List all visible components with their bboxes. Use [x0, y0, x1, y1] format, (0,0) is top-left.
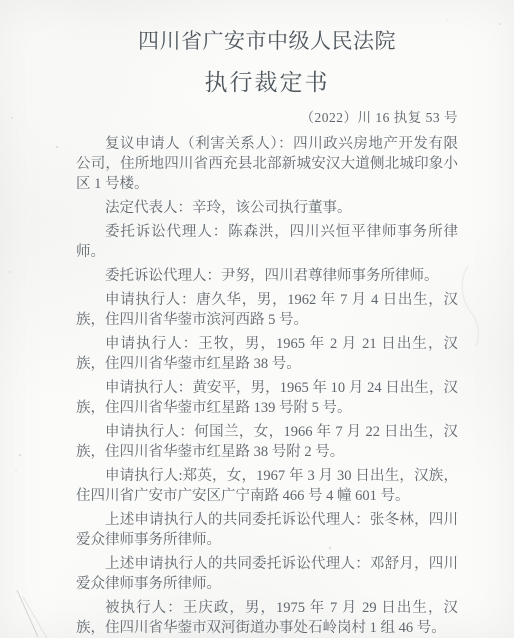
- paragraph-applicant-1: 申请执行人：唐久华，男，1962 年 7 月 4 日出生，汉族，住四川省华蓥市滨…: [76, 290, 458, 330]
- paragraph-respondent: 被执行人：王庆政，男，1975 年 7 月 29 日出生，汉族，住四川省华蓥市双…: [76, 598, 458, 638]
- paragraph-joint-agent-2: 上述申请执行人的共同委托诉讼代理人：邓舒月，四川爱众律师事务所律师。: [76, 554, 458, 594]
- paragraph-review-applicant: 复议申请人（利害关系人）：四川政兴房地产开发有限公司，住所地四川省西充县北部新城…: [76, 134, 458, 195]
- paragraph-applicant-2: 申请执行人：王牧，男，1965 年 2 月 21 日出生，汉族，住四川省华蓥市红…: [76, 334, 458, 374]
- court-name: 四川省广安市中级人民法院: [76, 28, 458, 55]
- scanned-document-page: 四川省广安市中级人民法院 执行裁定书 （2022）川 16 执复 53 号 复议…: [0, 0, 514, 638]
- document-content: 四川省广安市中级人民法院 执行裁定书 （2022）川 16 执复 53 号 复议…: [76, 28, 458, 638]
- paragraph-applicant-5: 申请执行人:郑英，女，1967 年 3 月 30 日出生，汉族，住四川省广安市广…: [76, 466, 458, 506]
- paragraph-applicant-3: 申请执行人：黄安平，男，1965 年 10 月 24 日出生，汉族，住四川省华蓥…: [76, 378, 458, 418]
- document-title: 执行裁定书: [76, 68, 458, 96]
- paragraph-legal-representative: 法定代表人：辛玲，该公司执行董事。: [76, 198, 458, 218]
- paragraph-applicant-4: 申请执行人：何国兰，女，1966 年 7 月 22 日出生，汉族，住四川省华蓥市…: [76, 422, 458, 462]
- paragraph-litigation-agent-2: 委托诉讼代理人：尹努，四川君尊律师事务所律师。: [76, 266, 458, 286]
- case-number: （2022）川 16 执复 53 号: [76, 108, 458, 127]
- paragraph-litigation-agent-1: 委托诉讼代理人：陈森洪，四川兴恒平律师事务所律师。: [76, 222, 458, 262]
- paragraph-joint-agent-1: 上述申请执行人的共同委托诉讼代理人：张冬林，四川爱众律师事务所律师。: [76, 510, 458, 550]
- document-body: 复议申请人（利害关系人）：四川政兴房地产开发有限公司，住所地四川省西充县北部新城…: [76, 134, 458, 638]
